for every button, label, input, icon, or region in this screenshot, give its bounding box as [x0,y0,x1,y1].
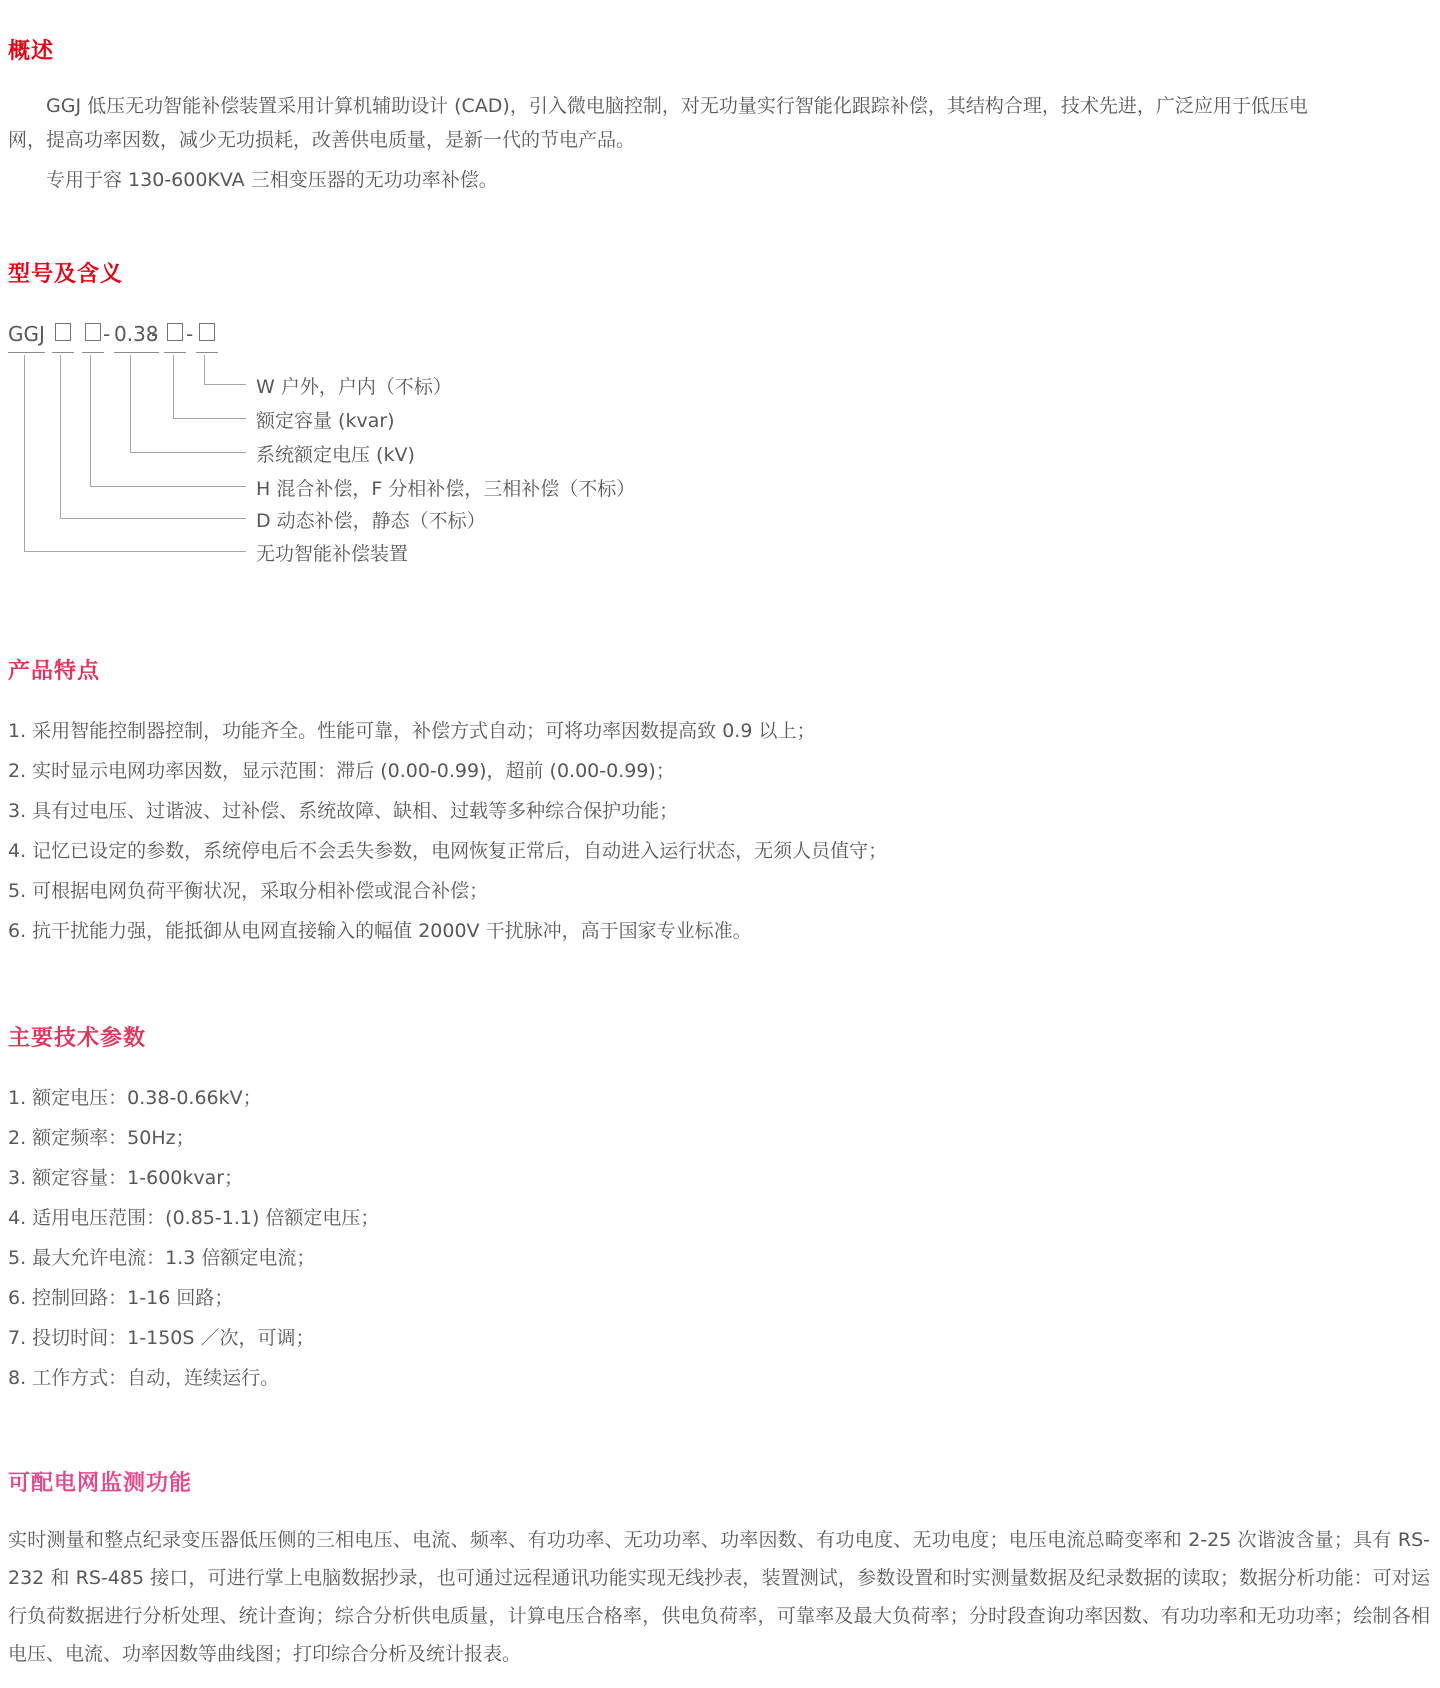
overview-paragraph-2: 专用于容 130-600KVA 三相变压器的无功功率补偿。 [8,163,1430,197]
model-dash: - [186,322,193,346]
placeholder-box-icon [85,323,101,341]
section-product-features: 产品特点 1. 采用智能控制器控制，功能齐全。性能可靠，补偿方式自动；可将功率因… [8,654,1430,951]
parameter-item: 3. 额定容量：1-600kvar； [8,1158,1430,1198]
model-box-3 [164,322,186,353]
model-box-2 [82,322,104,353]
model-label-device: 无功智能补偿装置 [256,539,408,566]
model-label-dynamic: D 动态补偿，静态（不标） [256,506,486,533]
model-label-outdoor: W 户外，户内（不标） [256,372,452,399]
model-label-voltage: 系统额定电压 (kV) [256,440,415,467]
feature-item: 6. 抗干扰能力强，能抵御从电网直接输入的幅值 2000V 干扰脉冲，高于国家专… [8,911,1430,951]
parameter-item: 1. 额定电压：0.38-0.66kV； [8,1078,1430,1118]
placeholder-box-icon [199,323,215,341]
monitoring-paragraph: 实时测量和整点纪录变压器低压侧的三相电压、电流、频率、有功功率、无功功率、功率因… [8,1521,1430,1673]
monitoring-heading: 可配电网监测功能 [8,1466,1430,1497]
parameter-item: 5. 最大允许电流：1.3 倍额定电流； [8,1238,1430,1278]
feature-item: 3. 具有过电压、过谐波、过补偿、系统故障、缺相、过载等多种综合保护功能； [8,791,1430,831]
section-technical-parameters: 主要技术参数 1. 额定电压：0.38-0.66kV； 2. 额定频率：50Hz… [8,1021,1430,1398]
feature-item: 4. 记忆已设定的参数，系统停电后不会丢失参数，电网恢复正常后，自动进入运行状态… [8,831,1430,871]
section-grid-monitoring: 可配电网监测功能 实时测量和整点纪录变压器低压侧的三相电压、电流、频率、有功功率… [8,1466,1430,1673]
overview-heading: 概述 [8,34,1430,65]
features-heading: 产品特点 [8,654,1430,685]
placeholder-box-icon [55,323,71,341]
parameter-item: 7. 投切时间：1-150S ／次，可调； [8,1318,1430,1358]
model-code-diagram: GGJ - 0.38 - - W 户外，户内（不标） 额定容量 (kvar) 系… [8,322,1430,574]
parameter-item: 6. 控制回路：1-16 回路； [8,1278,1430,1318]
parameters-list: 1. 额定电压：0.38-0.66kV； 2. 额定频率：50Hz； 3. 额定… [8,1078,1430,1398]
model-heading: 型号及含义 [8,257,1430,288]
parameter-item: 2. 额定频率：50Hz； [8,1118,1430,1158]
model-prefix: GGJ [8,322,45,353]
section-overview: 概述 GGJ 低压无功智能补偿装置采用计算机辅助设计 (CAD)，引入微电脑控制… [8,34,1430,197]
model-dash: - [151,322,158,346]
parameters-heading: 主要技术参数 [8,1021,1430,1052]
feature-item: 2. 实时显示电网功率因数，显示范围：滞后 (0.00-0.99)，超前 (0.… [8,751,1430,791]
model-box-4 [196,322,218,353]
placeholder-box-icon [167,323,183,341]
section-model-meaning: 型号及含义 GGJ - 0.38 - - W 户外，户内（不标） 额定容量 (k… [8,257,1430,574]
parameter-item: 4. 适用电压范围：(0.85-1.1) 倍额定电压； [8,1198,1430,1238]
model-label-capacity: 额定容量 (kvar) [256,406,395,433]
feature-item: 5. 可根据电网负荷平衡状况，采取分相补偿或混合补偿； [8,871,1430,911]
model-label-compensation-type: H 混合补偿，F 分相补偿，三相补偿（不标） [256,474,635,501]
parameter-item: 8. 工作方式：自动，连续运行。 [8,1358,1430,1398]
model-dash: - [103,322,110,346]
model-connector-line [24,355,246,552]
overview-paragraph-1: GGJ 低压无功智能补偿装置采用计算机辅助设计 (CAD)，引入微电脑控制，对无… [8,89,1340,157]
features-list: 1. 采用智能控制器控制，功能齐全。性能可靠，补偿方式自动；可将功率因数提高致 … [8,711,1430,951]
feature-item: 1. 采用智能控制器控制，功能齐全。性能可靠，补偿方式自动；可将功率因数提高致 … [8,711,1430,751]
model-box-1 [52,322,74,353]
